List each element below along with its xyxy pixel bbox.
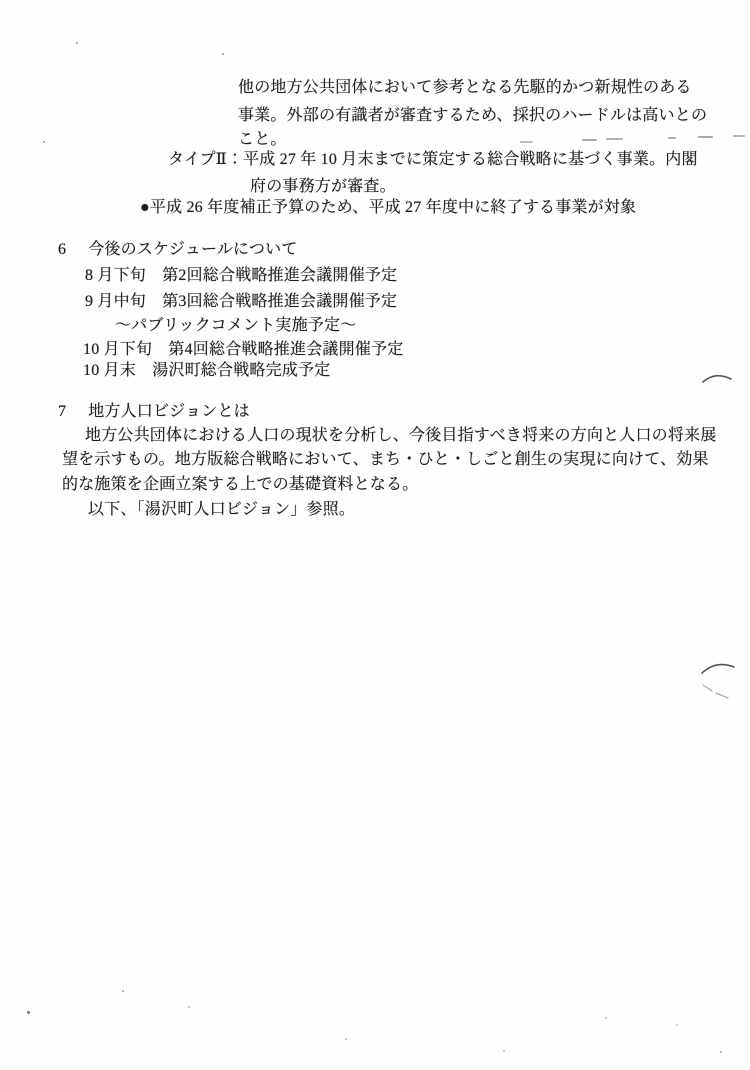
scan-speck — [605, 1017, 607, 1019]
scan-noise-dash — [582, 139, 597, 141]
scan-noise-dash — [520, 141, 533, 143]
scan-speck — [122, 990, 124, 992]
section-7-paragraph-line-1: 地方公共団体における人口の現状を分析し、今後目指すべき将来の方向と人口の将来展 — [85, 426, 716, 446]
section-7-reference-line: 以下、「湯沢町人口ビジョン」参照。 — [88, 500, 355, 520]
scan-speck — [222, 53, 224, 55]
section-7-paragraph-line-3: 的な施策を企画立案する上での基礎資料となる。 — [62, 475, 418, 495]
schedule-what: 第3回総合戦略推進会議開催予定 — [162, 292, 397, 312]
section-7-paragraph-line-2: 望を示すもの。地方版総合戦略において、まち・ひと・しごと創生の実現に向けて、効果 — [62, 450, 709, 470]
schedule-what: 第2回総合戦略推進会議開催予定 — [162, 266, 397, 286]
schedule-what: 第4回総合戦略推進会議開催予定 — [168, 340, 403, 360]
scan-speck — [345, 1038, 347, 1040]
scan-noise-dash — [698, 136, 713, 138]
schedule-row-3-public-comment: ～パブリックコメント実施予定～ — [115, 316, 356, 336]
schedule-what: 湯沢町総合戦略完成予定 — [152, 361, 330, 381]
schedule-row-4: 10 月下旬 第4回総合戦略推進会議開催予定 — [83, 340, 403, 360]
typeI-description-line-1: 他の地方公共団体において参考となる先駆的かつ新規性のある — [238, 78, 692, 98]
scanned-document-page: 他の地方公共団体において参考となる先駆的かつ新規性のある 事業。外部の有識者が審… — [0, 0, 750, 1070]
section-6-number: 6 — [58, 240, 66, 260]
typeI-description-line-2: 事業。外部の有識者が審査するため、採択のハードルは高いとの — [238, 106, 707, 126]
scan-speck — [140, 425, 142, 427]
scan-speck — [27, 1011, 30, 1014]
scan-speck — [188, 1006, 190, 1008]
scan-speck — [720, 1051, 722, 1053]
schedule-row-5: 10 月末 湯沢町総合戦略完成予定 — [83, 361, 330, 381]
scan-arc-mark-lower — [698, 658, 740, 702]
typeII-definition-line-1: タイプⅡ：平成 27 年 10 月末までに策定する総合戦略に基づく事業。内閣 — [168, 150, 698, 170]
budget-bullet-note: ●平成 26 年度補正予算のため、平成 27 年度中に終了する事業が対象 — [140, 198, 636, 218]
section-7-number: 7 — [58, 402, 66, 422]
section-7-title: 地方人口ビジョンとは — [88, 402, 250, 422]
schedule-row-1: 8 月下旬 第2回総合戦略推進会議開催予定 — [85, 266, 397, 286]
section-6-title: 今後のスケジュールについて — [88, 240, 297, 260]
schedule-when: 10 月下旬 — [83, 340, 168, 360]
schedule-when: 9 月中旬 — [85, 292, 162, 312]
schedule-when: 8 月下旬 — [85, 266, 162, 286]
scan-speck — [503, 1050, 505, 1052]
typeI-description-line-3: こと。 — [238, 130, 287, 150]
scan-speck — [676, 1024, 678, 1026]
scan-speck — [43, 141, 45, 143]
scan-noise-dash — [668, 137, 676, 139]
typeII-definition-line-2: 府の事務方が審査。 — [250, 177, 396, 197]
scan-noise-dash — [606, 138, 623, 140]
schedule-when: 10 月末 — [83, 361, 152, 381]
section-6-heading: 6 今後のスケジュールについて — [58, 240, 298, 260]
scan-arc-mark-upper — [700, 369, 734, 387]
schedule-row-2: 9 月中旬 第3回総合戦略推進会議開催予定 — [85, 292, 397, 312]
scan-noise-dash — [733, 135, 745, 137]
section-7-heading: 7 地方人口ビジョンとは — [58, 402, 250, 422]
scan-speck — [76, 42, 78, 44]
